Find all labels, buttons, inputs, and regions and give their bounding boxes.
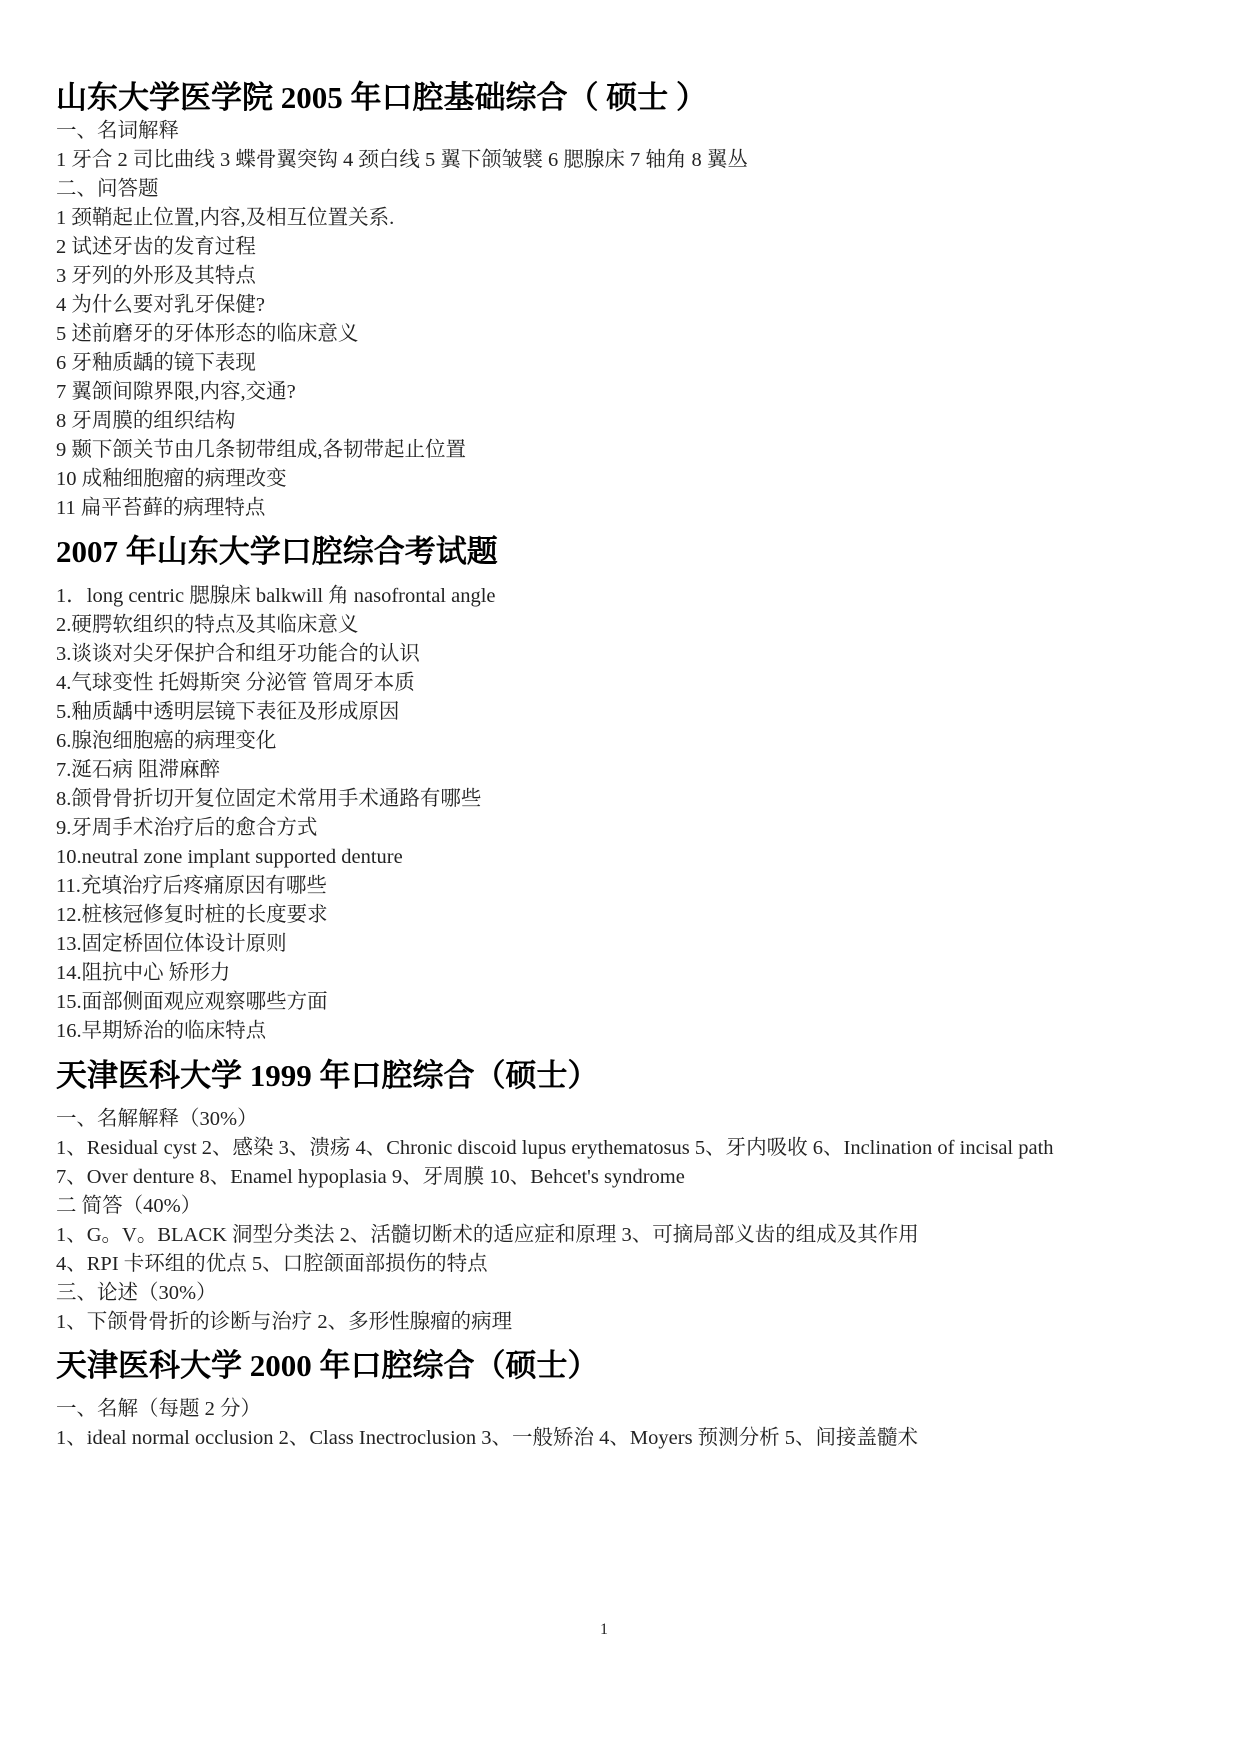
term-list: 7、Over denture 8、Enamel hypoplasia 9、牙周膜… <box>56 1163 685 1191</box>
term-list: 1 牙合 2 司比曲线 3 蝶骨翼突钩 4 颈白线 5 翼下颌皱襞 6 腮腺床 … <box>56 146 748 174</box>
question-item: 5 述前磨牙的牙体形态的临床意义 <box>56 320 358 348</box>
question-item: 12.桩核冠修复时桩的长度要求 <box>56 901 328 929</box>
question-item: 9 颞下颌关节由几条韧带组成,各韧带起止位置 <box>56 436 466 464</box>
question-item: 15.面部侧面观应观察哪些方面 <box>56 988 328 1016</box>
section-title: 山东大学医学院 2005 年口腔基础综合（ 硕士 ） <box>56 78 707 118</box>
question-item: 7.涎石病 阻滞麻醉 <box>56 756 220 784</box>
question-item: 3.谈谈对尖牙保护合和组牙功能合的认识 <box>56 640 420 668</box>
question-item: 4.气球变性 托姆斯突 分泌管 管周牙本质 <box>56 669 415 697</box>
question-list: 1、下颌骨骨折的诊断与治疗 2、多形性腺瘤的病理 <box>56 1308 512 1336</box>
question-item: 16.早期矫治的临床特点 <box>56 1017 266 1045</box>
question-list: 4、RPI 卡环组的优点 5、口腔颌面部损伤的特点 <box>56 1250 488 1278</box>
term-list: 1、Residual cyst 2、感染 3、溃疡 4、Chronic disc… <box>56 1134 1054 1162</box>
question-item: 8 牙周膜的组织结构 <box>56 407 235 435</box>
question-item: 11.充填治疗后疼痛原因有哪些 <box>56 872 327 900</box>
subsection-heading: 一、名词解释 <box>56 117 179 145</box>
section-title: 天津医科大学 1999 年口腔综合（硕士） <box>56 1056 599 1096</box>
page-number: 1 <box>600 1620 608 1640</box>
section-title: 2007 年山东大学口腔综合考试题 <box>56 532 498 572</box>
question-item: 4 为什么要对乳牙保健? <box>56 291 265 319</box>
question-item: 13.固定桥固位体设计原则 <box>56 930 287 958</box>
question-item: 5.釉质龋中透明层镜下表征及形成原因 <box>56 698 399 726</box>
question-item: 1．long centric 腮腺床 balkwill 角 nasofronta… <box>56 582 496 610</box>
subsection-heading: 二、问答题 <box>56 175 159 203</box>
question-item: 3 牙列的外形及其特点 <box>56 262 256 290</box>
subsection-heading: 一、名解解释（30%） <box>56 1105 258 1133</box>
question-item: 6 牙釉质龋的镜下表现 <box>56 349 256 377</box>
question-item: 10 成釉细胞瘤的病理改变 <box>56 465 287 493</box>
question-item: 2 试述牙齿的发育过程 <box>56 233 256 261</box>
question-item: 8.颌骨骨折切开复位固定术常用手术通路有哪些 <box>56 785 481 813</box>
question-item: 1 颈鞘起止位置,内容,及相互位置关系. <box>56 204 394 232</box>
subsection-heading: 三、论述（30%） <box>56 1279 217 1307</box>
subsection-heading: 一、名解（每题 2 分） <box>56 1395 261 1423</box>
term-list: 1、ideal normal occlusion 2、Class Inectro… <box>56 1424 918 1452</box>
question-item: 6.腺泡细胞癌的病理变化 <box>56 727 276 755</box>
question-item: 11 扁平苔藓的病理特点 <box>56 494 265 522</box>
subsection-heading: 二 简答（40%） <box>56 1192 201 1220</box>
question-item: 2.硬腭软组织的特点及其临床意义 <box>56 611 358 639</box>
question-item: 14.阻抗中心 矫形力 <box>56 959 230 987</box>
question-item: 10.neutral zone implant supported dentur… <box>56 843 403 871</box>
question-list: 1、G。V。BLACK 洞型分类法 2、活髓切断术的适应症和原理 3、可摘局部义… <box>56 1221 919 1249</box>
question-item: 9.牙周手术治疗后的愈合方式 <box>56 814 317 842</box>
question-item: 7 翼颌间隙界限,内容,交通? <box>56 378 296 406</box>
section-title: 天津医科大学 2000 年口腔综合（硕士） <box>56 1346 599 1386</box>
